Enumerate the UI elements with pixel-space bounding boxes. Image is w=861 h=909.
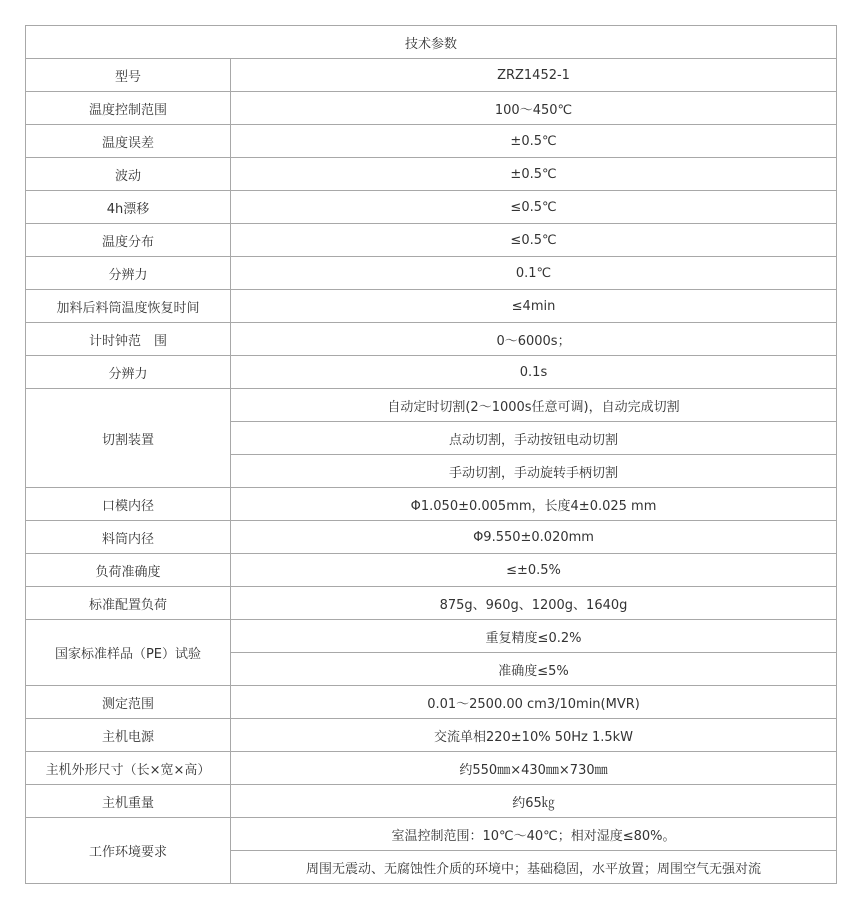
row-label: 温度误差: [26, 125, 231, 158]
table-row: 4h漂移 ≤0.5℃: [26, 191, 837, 224]
row-value: 重复精度≤0.2%: [231, 620, 837, 653]
row-label: 标准配置负荷: [26, 587, 231, 620]
row-label: 温度分布: [26, 224, 231, 257]
row-value: 0.1℃: [231, 257, 837, 290]
table-row: 工作环境要求 室温控制范围：10℃～40℃；相对湿度≤80%。: [26, 818, 837, 851]
table-title: 技术参数: [26, 26, 837, 59]
row-value: 自动定时切割(2～1000s任意可调)，自动完成切割: [231, 389, 837, 422]
table-row: 温度分布 ≤0.5℃: [26, 224, 837, 257]
row-value: 875g、960g、1200g、1640g: [231, 587, 837, 620]
row-value: 点动切割，手动按钮电动切割: [231, 422, 837, 455]
row-label: 温度控制范围: [26, 92, 231, 125]
row-label: 波动: [26, 158, 231, 191]
table-row: 波动 ±0.5℃: [26, 158, 837, 191]
row-label: 测定范围: [26, 686, 231, 719]
table-row: 主机外形尺寸（长×宽×高） 约550㎜×430㎜×730㎜: [26, 752, 837, 785]
row-label: 型号: [26, 59, 231, 92]
row-value: ±0.5℃: [231, 158, 837, 191]
row-label: 工作环境要求: [26, 818, 231, 884]
table-row: 料筒内径 Φ9.550±0.020mm: [26, 521, 837, 554]
row-value: 约550㎜×430㎜×730㎜: [231, 752, 837, 785]
row-value: ±0.5℃: [231, 125, 837, 158]
table-row: 计时钟范 围 0～6000s；: [26, 323, 837, 356]
row-value: ZRZ1452-1: [231, 59, 837, 92]
row-value: Φ1.050±0.005mm，长度4±0.025 mm: [231, 488, 837, 521]
table-row: 负荷准确度 ≤±0.5%: [26, 554, 837, 587]
row-label: 4h漂移: [26, 191, 231, 224]
row-value: 室温控制范围：10℃～40℃；相对湿度≤80%。: [231, 818, 837, 851]
table-row: 分辨力 0.1℃: [26, 257, 837, 290]
row-label: 负荷准确度: [26, 554, 231, 587]
row-label: 料筒内径: [26, 521, 231, 554]
row-value: 手动切割，手动旋转手柄切割: [231, 455, 837, 488]
row-value: ≤0.5℃: [231, 224, 837, 257]
row-label: 分辨力: [26, 257, 231, 290]
table-row: 测定范围 0.01～2500.00 cm3/10min(MVR): [26, 686, 837, 719]
row-value: 0.1s: [231, 356, 837, 389]
row-label: 国家标准样品（PE）试验: [26, 620, 231, 686]
row-value: ≤4min: [231, 290, 837, 323]
row-label: 口模内径: [26, 488, 231, 521]
table-row: 标准配置负荷 875g、960g、1200g、1640g: [26, 587, 837, 620]
table-row: 主机电源 交流单相220±10% 50Hz 1.5kW: [26, 719, 837, 752]
row-value: Φ9.550±0.020mm: [231, 521, 837, 554]
row-label: 主机重量: [26, 785, 231, 818]
table-row: 切割装置 自动定时切割(2～1000s任意可调)，自动完成切割: [26, 389, 837, 422]
row-value: ≤±0.5%: [231, 554, 837, 587]
row-value: 交流单相220±10% 50Hz 1.5kW: [231, 719, 837, 752]
table-row: 国家标准样品（PE）试验 重复精度≤0.2%: [26, 620, 837, 653]
row-value: 0.01～2500.00 cm3/10min(MVR): [231, 686, 837, 719]
table-row: 加料后料筒温度恢复时间 ≤4min: [26, 290, 837, 323]
row-value: 约65㎏: [231, 785, 837, 818]
row-label: 主机电源: [26, 719, 231, 752]
row-value: ≤0.5℃: [231, 191, 837, 224]
row-label: 计时钟范 围: [26, 323, 231, 356]
table-row: 温度控制范围 100～450℃: [26, 92, 837, 125]
row-value: 准确度≤5%: [231, 653, 837, 686]
spec-table: 技术参数 型号 ZRZ1452-1 温度控制范围 100～450℃ 温度误差 ±…: [25, 25, 837, 884]
table-header-row: 技术参数: [26, 26, 837, 59]
row-label: 主机外形尺寸（长×宽×高）: [26, 752, 231, 785]
table-row: 分辨力 0.1s: [26, 356, 837, 389]
table-row: 温度误差 ±0.5℃: [26, 125, 837, 158]
row-label: 加料后料筒温度恢复时间: [26, 290, 231, 323]
row-value: 0～6000s；: [231, 323, 837, 356]
table-row: 型号 ZRZ1452-1: [26, 59, 837, 92]
row-label: 分辨力: [26, 356, 231, 389]
row-value: 100～450℃: [231, 92, 837, 125]
row-label: 切割装置: [26, 389, 231, 488]
table-row: 口模内径 Φ1.050±0.005mm，长度4±0.025 mm: [26, 488, 837, 521]
row-value: 周围无震动、无腐蚀性介质的环境中；基础稳固，水平放置；周围空气无强对流: [231, 851, 837, 884]
table-row: 主机重量 约65㎏: [26, 785, 837, 818]
